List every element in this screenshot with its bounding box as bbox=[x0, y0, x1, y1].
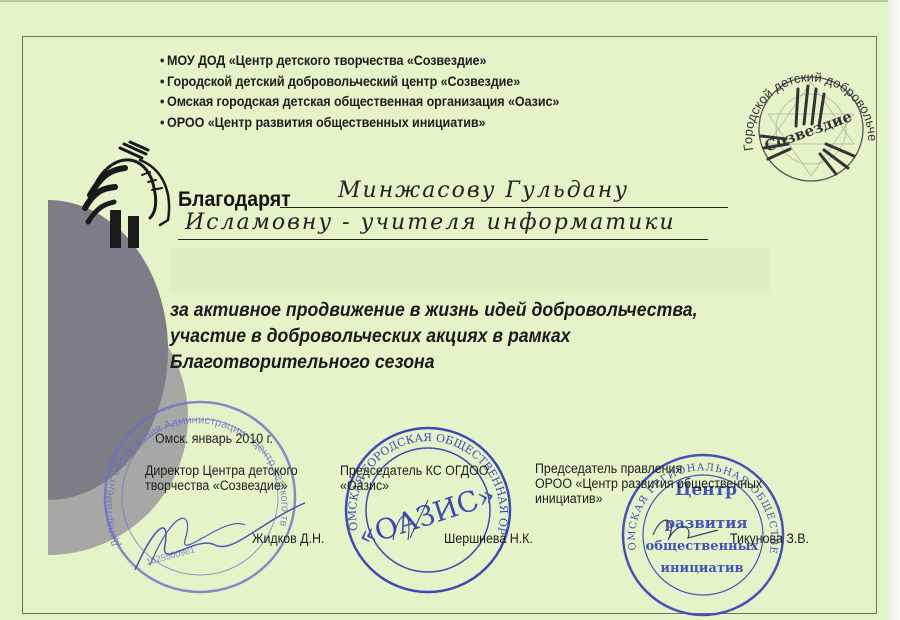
reason-text: за активное продвижение в жизнь идей доб… bbox=[170, 298, 697, 376]
recipient-underline-1 bbox=[280, 207, 728, 208]
signer-2-name: Шершнева Н.К. bbox=[444, 531, 533, 546]
signer-3-name: Тикунова З.В. bbox=[730, 531, 809, 546]
signer-1-name: Жидков Д.Н. bbox=[252, 531, 324, 546]
signer-2-title-line: Председатель КС ОГДОО bbox=[340, 463, 488, 478]
organization-item: Омская городская детская общественная ор… bbox=[160, 91, 559, 112]
volunteer-center-logo-icon: Созвездие Городской детский добровольчес… bbox=[726, 44, 896, 194]
svg-text:инициатив: инициатив bbox=[660, 561, 743, 576]
signer-1-title-line: Директор Центра детского bbox=[145, 463, 298, 478]
signer-3-title: Председатель правления ОРОО «Центр разви… bbox=[535, 461, 762, 506]
signer-3-title-line: ОРОО «Центр развития общественных bbox=[535, 476, 762, 491]
reason-line: за активное продвижение в жизнь идей доб… bbox=[170, 298, 697, 324]
reason-line: участие в добровольческих акциях в рамка… bbox=[170, 324, 697, 350]
blank-field bbox=[170, 248, 770, 293]
signer-2-title-line: «Оазис» bbox=[340, 478, 488, 493]
organization-item: Городской детский добровольческий центр … bbox=[160, 71, 559, 92]
reason-line: Благотворительного сезона bbox=[170, 350, 697, 376]
signer-3-title-line: Председатель правления bbox=[535, 461, 762, 476]
organization-item: ОРОО «Центр развития общественных инициа… bbox=[160, 112, 559, 133]
signer-2-title: Председатель КС ОГДОО «Оазис» bbox=[340, 463, 488, 493]
organizations-list: МОУ ДОД «Центр детского творчества «Созв… bbox=[160, 50, 604, 132]
recipient-name-handwritten: Минжасову Гульдану bbox=[338, 178, 629, 203]
left-stamp-icon: Департамент образования Администрации · … bbox=[95, 395, 305, 600]
recipient-underline-2 bbox=[178, 239, 708, 240]
signer-1-title-line: творчества «Созвездие» bbox=[145, 478, 298, 493]
oasis-stamp-icon: ОМСКАЯ ГОРОДСКАЯ ОБЩЕСТВЕННАЯ ОРГАНИЗАЦИ… bbox=[338, 420, 518, 600]
thanks-label: Благодарят bbox=[178, 188, 291, 212]
recipient-position-handwritten: Исламовну - учителя информатики bbox=[185, 210, 676, 235]
organization-item: МОУ ДОД «Центр детского творчества «Созв… bbox=[160, 50, 559, 71]
signer-1-title: Директор Центра детского творчества «Соз… bbox=[145, 463, 298, 493]
hand-logo-icon bbox=[80, 140, 180, 250]
signer-3-title-line: инициатив» bbox=[535, 491, 762, 506]
place-date: Омск. январь 2010 г. bbox=[155, 431, 273, 446]
